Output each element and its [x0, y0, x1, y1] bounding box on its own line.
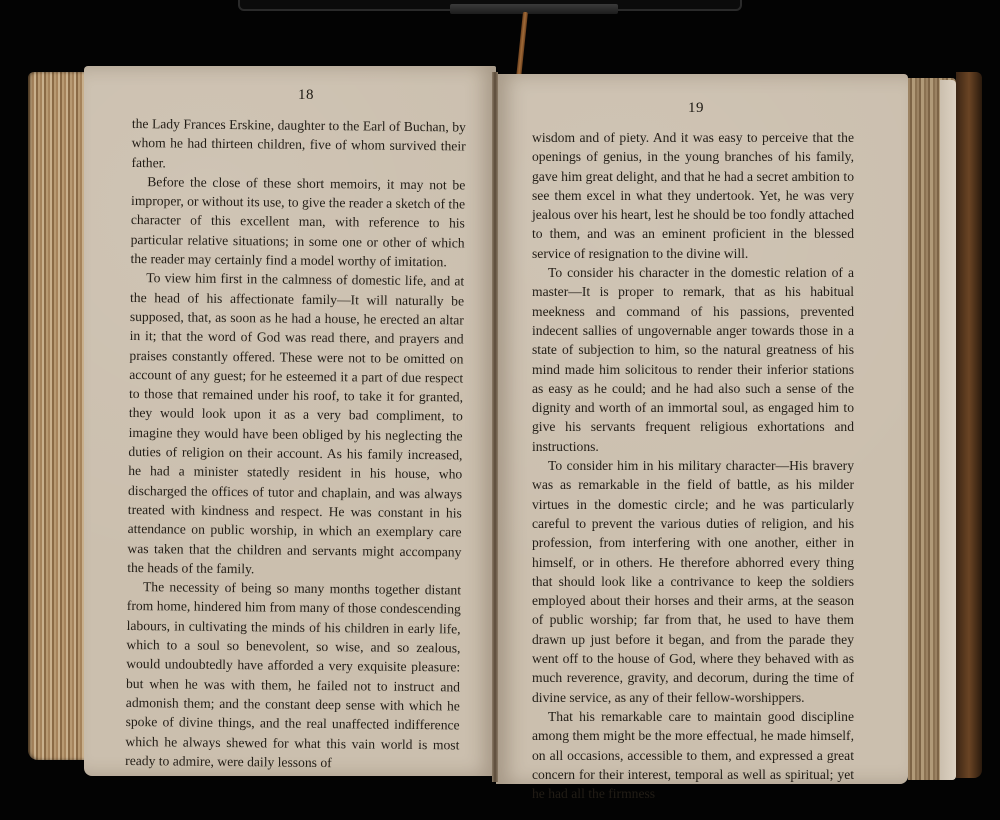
paragraph: the Lady Frances Erskine, daughter to th…: [131, 114, 466, 175]
paragraph: To consider him in his military characte…: [532, 456, 854, 707]
right-page: 19 wisdom and of piety. And it was easy …: [496, 74, 908, 784]
book-gutter: [492, 72, 498, 782]
paragraph: To consider his character in the domesti…: [532, 263, 854, 456]
page-number-right: 19: [688, 100, 704, 117]
bookmark-ribbon: [516, 12, 528, 78]
clamp-tie: [450, 4, 618, 14]
paragraph: The necessity of being so many months to…: [125, 577, 461, 773]
right-page-text: wisdom and of piety. And it was easy to …: [532, 128, 854, 803]
paragraph: wisdom and of piety. And it was easy to …: [532, 128, 854, 263]
paragraph: Before the close of these short memoirs,…: [130, 172, 465, 272]
left-page-text: the Lady Frances Erskine, daughter to th…: [125, 114, 466, 774]
paragraph: That his remarkable care to maintain goo…: [532, 707, 854, 803]
right-cover: [956, 72, 982, 778]
right-page-edge-paper: [940, 80, 956, 780]
page-number-left: 18: [298, 87, 314, 104]
paragraph: To view him first in the calmness of dom…: [127, 268, 464, 580]
left-page-edges: [28, 72, 86, 760]
left-page: 18 the Lady Frances Erskine, daughter to…: [84, 66, 496, 776]
